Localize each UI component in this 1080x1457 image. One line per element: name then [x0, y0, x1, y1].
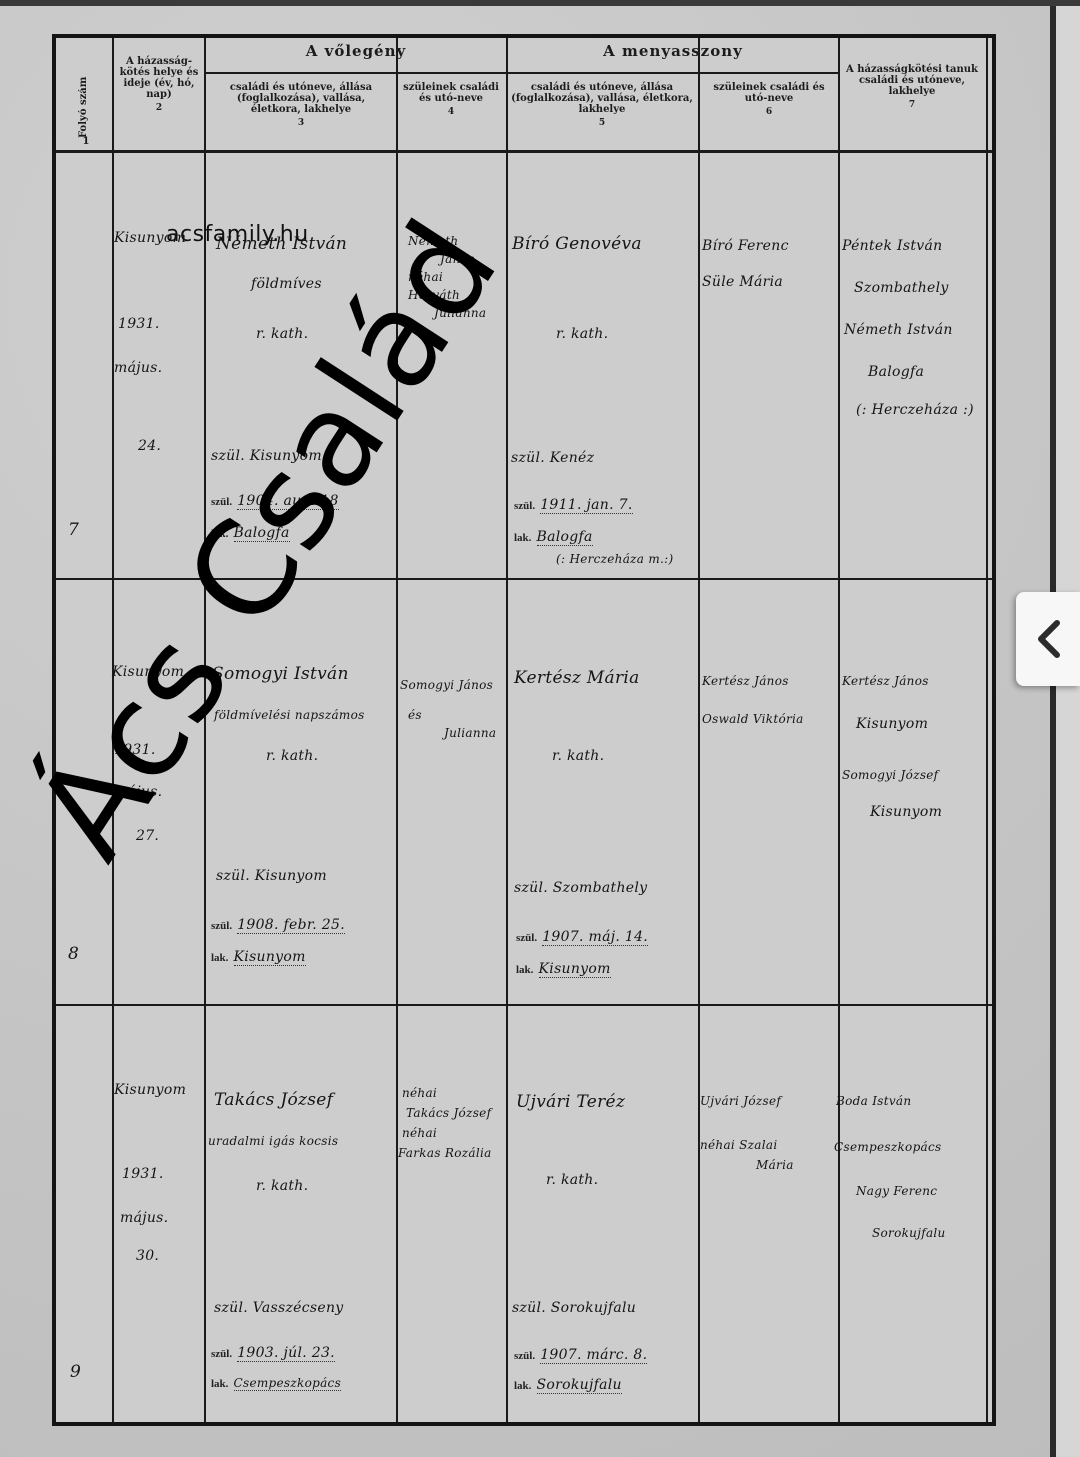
bride-birthdate: 1907. márc. 8. [540, 1347, 647, 1364]
site-watermark: acsfamily.hu [166, 222, 309, 247]
groom-parent-line: néhai [402, 1126, 437, 1140]
groom-residence: Kisunyom [234, 949, 306, 966]
bride-parent-line: Kertész János [702, 674, 789, 688]
groom-residence: Csempeszkopács [234, 1376, 342, 1391]
groom-religion: r. kath. [256, 326, 308, 342]
born-label: szül. [211, 920, 232, 932]
witness-line: Balogfa [868, 364, 924, 380]
residence-label: lak. [516, 964, 533, 976]
witness-line: Kisunyom [856, 716, 928, 732]
header-bride-group: A menyasszony [508, 46, 838, 57]
groom-birthplace: szül. Vasszécseny [214, 1300, 344, 1316]
header-witnesses: A házasságkötési tanuk családi és utónev… [842, 64, 982, 111]
bride-birthplace: szül. Szombathely [514, 880, 647, 896]
witness-line: Nagy Ferenc [856, 1184, 937, 1198]
groom-birthplace: szül. Kisunyom [216, 868, 327, 884]
bride-parent-line: néhai Szalai [700, 1138, 778, 1152]
bride-parent-line: Bíró Ferenc [702, 238, 789, 254]
groom-name: Takács József [214, 1090, 333, 1110]
groom-parent-line: Takács József [406, 1106, 491, 1120]
bride-residence: Kisunyom [539, 961, 611, 978]
bride-residence: Balogfa [537, 529, 593, 546]
witness-line: Szombathely [854, 280, 949, 296]
bride-name: Bíró Genovéva [512, 234, 642, 254]
bride-parent-line: Süle Mária [702, 274, 783, 290]
bride-residence-note: (: Herczeháza m.:) [556, 552, 673, 566]
bride-name: Ujvári Teréz [516, 1092, 625, 1112]
born-label: szül. [211, 1348, 232, 1360]
bride-residence: Sorokujfalu [537, 1377, 622, 1394]
born-label: szül. [516, 932, 537, 944]
bride-parent-line: Oswald Viktória [702, 712, 804, 726]
marriage-year: 1931. [122, 1166, 164, 1182]
witness-line: Somogyi József [842, 768, 938, 782]
groom-parent-line: Farkas Rozália [398, 1146, 492, 1160]
chevron-left-icon [1033, 617, 1063, 661]
marriage-month: május. [120, 1210, 168, 1226]
bride-birthplace: szül. Sorokujfalu [512, 1300, 636, 1316]
residence-label: lak. [514, 1380, 531, 1392]
header-groom-parents: szüleinek családi és utó-neve4 [401, 82, 501, 118]
bride-birthdate: 1907. máj. 14. [542, 929, 648, 946]
groom-occupation: földmíves [251, 276, 322, 292]
bride-birthdate: 1911. jan. 7. [540, 497, 632, 514]
witness-line: Boda István [836, 1094, 911, 1108]
bride-birthplace: szül. Kenéz [511, 450, 594, 466]
groom-parent-line: Somogyi János [400, 678, 493, 692]
witness-line: Péntek István [842, 238, 942, 254]
witness-line: Kisunyom [870, 804, 942, 820]
record-number: 7 [68, 520, 79, 540]
marriage-place: Kisunyom [114, 1082, 186, 1098]
collapse-panel-button[interactable] [1016, 592, 1080, 686]
witness-line: Csempeszkopács [834, 1140, 942, 1154]
bride-name: Kertész Mária [514, 668, 640, 688]
page-edge [1056, 6, 1080, 1457]
header-groom-details: családi és utóneve, állása (foglalkozása… [211, 82, 391, 129]
groom-parent-line: Julianna [444, 726, 496, 740]
document-page: Folyó szám 1 A házasság-kötés helye és i… [0, 6, 1080, 1457]
bride-religion: r. kath. [552, 748, 604, 764]
header-bride-parents: szüleinek családi és utó-neve6 [704, 82, 834, 118]
groom-religion: r. kath. [266, 748, 318, 764]
bride-parent-line: Mária [756, 1158, 794, 1172]
witness-line: Kertész János [842, 674, 929, 688]
bride-religion: r. kath. [546, 1172, 598, 1188]
residence-label: lak. [211, 952, 228, 964]
header-groom-group: A vőlegény [206, 46, 506, 57]
marriage-day: 24. [138, 438, 161, 454]
residence-label: lak. [514, 532, 531, 544]
witness-line: Németh István [844, 322, 953, 338]
groom-birthdate: 1903. júl. 23. [237, 1345, 335, 1362]
header-marriage-place-date: A házasság-kötés helye és ideje (év, hó,… [116, 56, 202, 114]
groom-occupation: uradalmi igás kocsis [208, 1134, 338, 1148]
residence-label: lak. [211, 1378, 228, 1390]
marriage-day: 30. [136, 1248, 159, 1264]
bride-religion: r. kath. [556, 326, 608, 342]
header-col1-num: 1 [83, 136, 90, 147]
record-number: 9 [70, 1362, 81, 1382]
groom-parent-line: és [408, 708, 422, 722]
header-serial-number: Folyó szám [78, 58, 89, 138]
bride-parent-line: Ujvári József [700, 1094, 781, 1108]
groom-birthdate: 1908. febr. 25. [237, 917, 345, 934]
marriage-year: 1931. [118, 316, 160, 332]
record-number: 8 [68, 944, 79, 964]
born-label: szül. [514, 1350, 535, 1362]
marriage-month: május. [114, 360, 162, 376]
groom-religion: r. kath. [256, 1178, 308, 1194]
witness-line: Sorokujfalu [872, 1226, 946, 1240]
witness-line: (: Herczeháza :) [856, 402, 974, 418]
born-label: szül. [514, 500, 535, 512]
header-bride-details: családi és utóneve, állása (foglalkozása… [511, 82, 693, 129]
groom-parent-line: néhai [402, 1086, 437, 1100]
page-border [1050, 6, 1056, 1457]
